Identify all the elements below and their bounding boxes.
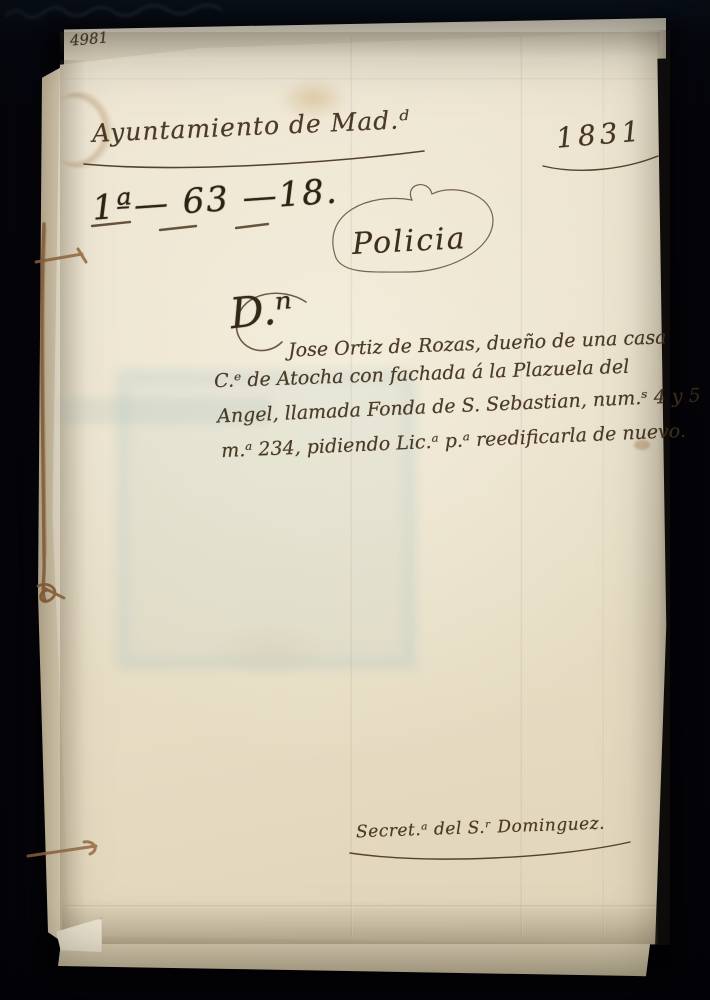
document-photo: 4981 Ayuntamiento de Mad.ᵈ 1831 1ª— 63 —…	[0, 0, 710, 1000]
photo-vignette	[0, 0, 710, 1000]
